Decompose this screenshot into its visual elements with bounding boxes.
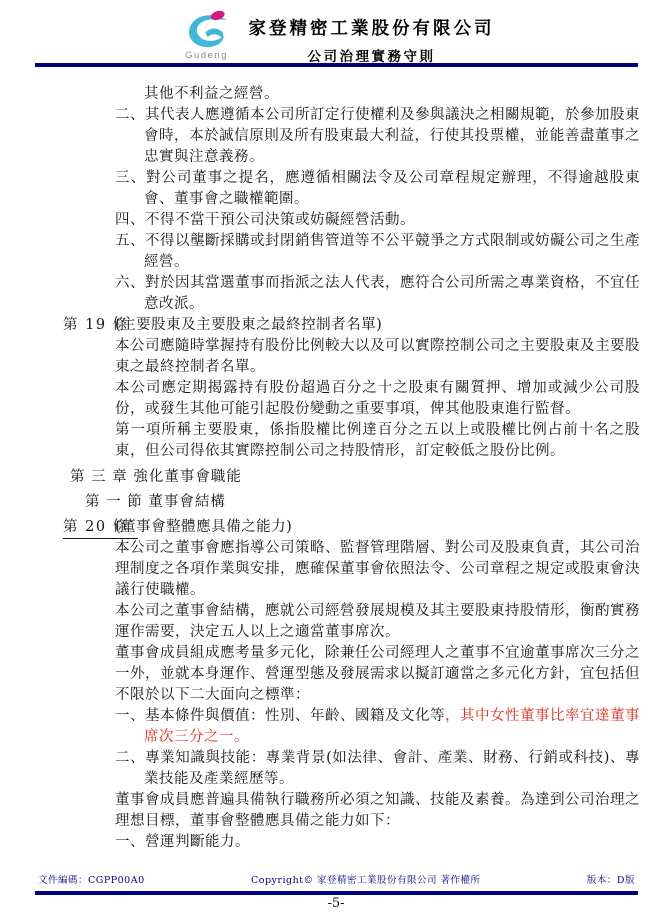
header-rule: [35, 63, 638, 67]
copyright-notice: Copyright© 家登精密工業股份有限公司 著作權所: [251, 872, 481, 886]
article-19-paragraph: 第一項所稱主要股東，係指股權比例達百分之五以上或股權比例占前十名之股東，但公司得…: [115, 420, 640, 462]
article-19-paragraph: 本公司應隨時掌握持有股份比例較大以及可以實際控制公司之主要股東及主要股東之最終控…: [115, 336, 640, 378]
article-20-number: 第 20 條: [63, 517, 138, 539]
article-20-paragraph: 本公司之董事會結構，應就公司經營發展規模及其主要股東持股情形，衡酌實務運作需要，…: [115, 601, 640, 643]
chapter-heading: 第 三 章 強化董事會職能: [70, 467, 640, 488]
footer-row: 文件編碼：CGPP00A0 Copyright© 家登精密工業股份有限公司 著作…: [0, 872, 672, 886]
section-heading: 第 一 節 董事會結構: [85, 492, 640, 513]
header-titles: 家登精密工業股份有限公司 公司治理實務守則: [249, 9, 495, 65]
criteria-item: 一、基本條件與價值：性別、年齡、國籍及文化等，其中女性董事比率宜達董事席次三分之…: [115, 706, 640, 748]
document-body: 其他不利益之經營。 二、其代表人應遵循本公司所訂定行使權利及參與議決之相關規範，…: [0, 68, 672, 853]
article-20-paragraph: 本公司之董事會應指導公司策略、監督管理階層、對公司及股東負責，其公司治理制度之各…: [115, 538, 640, 601]
list-item: 五、不得以壟斷採購或封閉銷售管道等不公平競爭之方式限制或妨礙公司之生產經營。: [115, 231, 640, 273]
article-19-paragraph: 本公司應定期揭露持有股份超過百分之十之股東有關質押、增加或減少公司股份，或發生其…: [115, 378, 640, 420]
list-item: 二、其代表人應遵循本公司所訂定行使權利及參與議決之相關規範，於參加股東會時，本於…: [115, 105, 640, 168]
document-page: Gudeng 家登精密工業股份有限公司 公司治理實務守則 其他不利益之經營。 二…: [0, 0, 672, 915]
version-label: 版本：D版: [587, 872, 635, 886]
paragraph-continuation: 其他不利益之經營。: [144, 84, 640, 105]
list-item: 六、對於因其當選董事而指派之法人代表，應符合公司所需之專業資格，不宜任意改派。: [115, 273, 640, 315]
article-20: 第 20 條 (董事會整體應具備之能力) 本公司之董事會應指導公司策略、監督管理…: [115, 517, 640, 853]
document-title: 公司治理實務守則: [249, 45, 495, 65]
ability-item: 一、營運判斷能力。: [115, 832, 640, 853]
page-number: -5-: [0, 895, 672, 915]
list-item: 四、不得不當干預公司決策或妨礙經營活動。: [115, 210, 640, 231]
company-name: 家登精密工業股份有限公司: [249, 15, 495, 40]
criteria-item: 二、專業知識與技能：專業背景(如法律、會計、產業、財務、行銷或科技)、專業技能及…: [115, 748, 640, 790]
criteria-item-text: 一、基本條件與價值：性別、年齡、國籍及文化等: [115, 708, 445, 724]
page-footer: 文件編碼：CGPP00A0 Copyright© 家登精密工業股份有限公司 著作…: [0, 872, 672, 915]
gudeng-logo-icon: [184, 9, 230, 49]
brand-block: Gudeng 家登精密工業股份有限公司 公司治理實務守則: [0, 0, 672, 65]
article-19-number: 第 19 條: [63, 315, 129, 336]
gudeng-logo-wordmark: Gudeng: [185, 50, 228, 61]
page-header: Gudeng 家登精密工業股份有限公司 公司治理實務守則: [0, 0, 672, 68]
article-19: 第 19 條 (主要股東及主要股東之最終控制者名單) 本公司應隨時掌握持有股份比…: [115, 315, 640, 462]
article-20-paragraph: 董事會成員應普遍具備執行職務所必須之知識、技能及素養。為達到公司治理之理想目標，…: [115, 790, 640, 832]
article-20-paragraph: 董事會成員組成應考量多元化，除兼任公司經理人之董事不宜逾董事席次三分之一外，並就…: [115, 643, 640, 706]
document-code: 文件編碼：CGPP00A0: [38, 872, 145, 886]
gudeng-logo: Gudeng: [178, 9, 236, 61]
list-item: 三、對公司董事之提名，應遵循相關法令及公司章程規定辦理，不得逾越股東會、董事會之…: [115, 168, 640, 210]
article-20-title: (董事會整體應具備之能力): [115, 517, 640, 538]
article-19-title: (主要股東及主要股東之最終控制者名單): [115, 315, 640, 336]
